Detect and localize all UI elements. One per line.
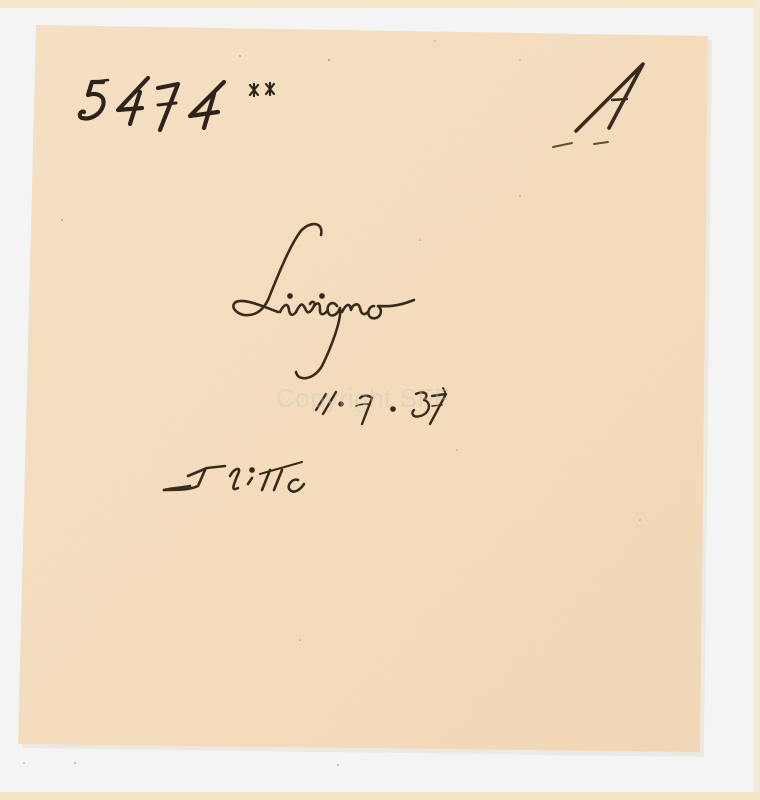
catalog-number: 5474**	[80, 90, 84, 91]
copyright-watermark: Copyright SFF	[276, 383, 450, 414]
collector-name: Slitte	[165, 480, 168, 481]
locality: Livigno	[240, 305, 244, 306]
specimen-label-paper: 5474** A Livigno 11.7.37 Slitte Copyrigh…	[0, 0, 760, 800]
corner-letter: A	[590, 100, 591, 101]
